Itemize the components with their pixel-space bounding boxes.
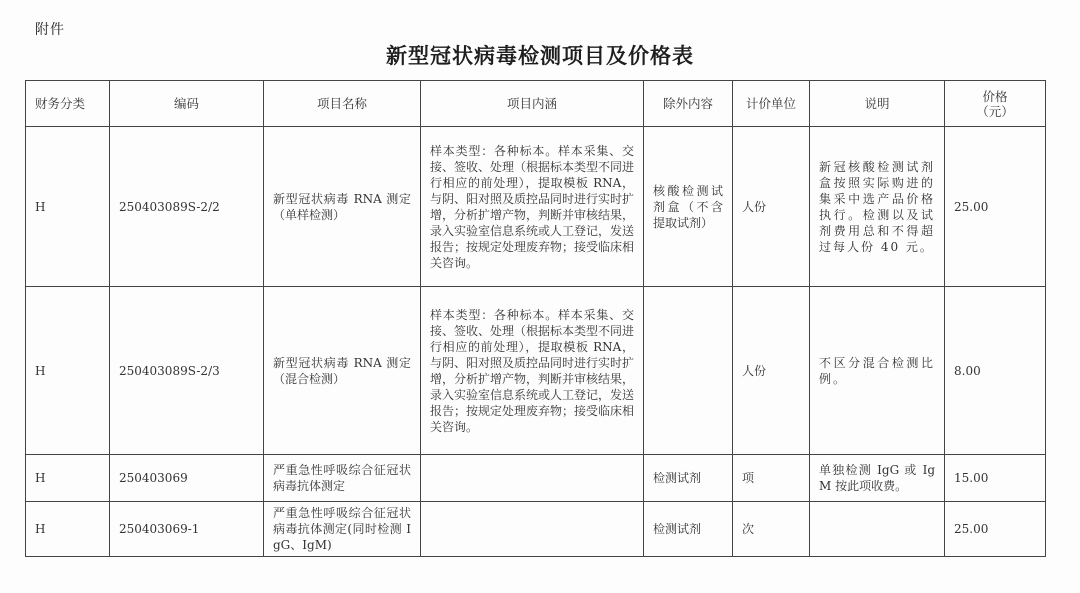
cell-note: 不区分混合检测比例。 (810, 287, 945, 455)
cell-note (810, 502, 945, 557)
attachment-label: 附件 (35, 19, 65, 39)
cell-content (421, 455, 644, 502)
cell-code: 250403069 (110, 455, 264, 502)
cell-price: 25.00 (945, 127, 1046, 287)
cell-price: 15.00 (945, 455, 1046, 502)
cell-price: 25.00 (945, 502, 1046, 557)
cell-unit: 人份 (733, 287, 810, 455)
cell-name: 新型冠状病毒 RNA 测定（单样检测） (264, 127, 421, 287)
cell-code: 250403089S-2/2 (110, 127, 264, 287)
cell-name: 严重急性呼吸综合征冠状病毒抗体测定(同时检测 IgG、IgM) (264, 502, 421, 557)
cell-category: H (26, 287, 110, 455)
cell-content (421, 502, 644, 557)
cell-content: 样本类型：各种标本。样本采集、交接、签收、处理（根据标本类型不同进行相应的前处理… (421, 127, 644, 287)
table-row: H 250403089S-2/3 新型冠状病毒 RNA 测定（混合检测） 样本类… (26, 287, 1046, 455)
header-price-label: 价格 (982, 89, 1007, 104)
cell-excluded: 检测试剂 (644, 455, 733, 502)
header-unit: 计价单位 (733, 81, 810, 127)
cell-unit: 项 (733, 455, 810, 502)
cell-unit: 人份 (733, 127, 810, 287)
header-note: 说明 (810, 81, 945, 127)
table-header-row: 财务分类 编码 项目名称 项目内涵 除外内容 计价单位 说明 价格 （元） (26, 81, 1046, 127)
header-price: 价格 （元） (945, 81, 1046, 127)
cell-excluded (644, 287, 733, 455)
header-name: 项目名称 (264, 81, 421, 127)
cell-code: 250403069-1 (110, 502, 264, 557)
header-category: 财务分类 (26, 81, 110, 127)
cell-excluded: 核酸检测试剂盒（不含提取试剂） (644, 127, 733, 287)
document-title: 新型冠状病毒检测项目及价格表 (0, 40, 1080, 70)
cell-content: 样本类型：各种标本。样本采集、交接、签收、处理（根据标本类型不同进行相应的前处理… (421, 287, 644, 455)
header-code: 编码 (110, 81, 264, 127)
cell-category: H (26, 455, 110, 502)
table-row: H 250403089S-2/2 新型冠状病毒 RNA 测定（单样检测） 样本类… (26, 127, 1046, 287)
cell-name: 新型冠状病毒 RNA 测定（混合检测） (264, 287, 421, 455)
table-row: H 250403069 严重急性呼吸综合征冠状病毒抗体测定 检测试剂 项 单独检… (26, 455, 1046, 502)
header-content: 项目内涵 (421, 81, 644, 127)
table-row: H 250403069-1 严重急性呼吸综合征冠状病毒抗体测定(同时检测 IgG… (26, 502, 1046, 557)
price-table: 财务分类 编码 项目名称 项目内涵 除外内容 计价单位 说明 价格 （元） H … (25, 80, 1046, 557)
cell-unit: 次 (733, 502, 810, 557)
header-price-unit: （元） (976, 104, 1014, 119)
cell-price: 8.00 (945, 287, 1046, 455)
cell-note: 新冠核酸检测试剂盒按照实际购进的集采中选产品价格执行。检测以及试剂费用总和不得超… (810, 127, 945, 287)
cell-excluded: 检测试剂 (644, 502, 733, 557)
cell-code: 250403089S-2/3 (110, 287, 264, 455)
cell-category: H (26, 502, 110, 557)
cell-category: H (26, 127, 110, 287)
cell-name: 严重急性呼吸综合征冠状病毒抗体测定 (264, 455, 421, 502)
header-excluded: 除外内容 (644, 81, 733, 127)
cell-note: 单独检测 IgG 或 IgM 按此项收费。 (810, 455, 945, 502)
